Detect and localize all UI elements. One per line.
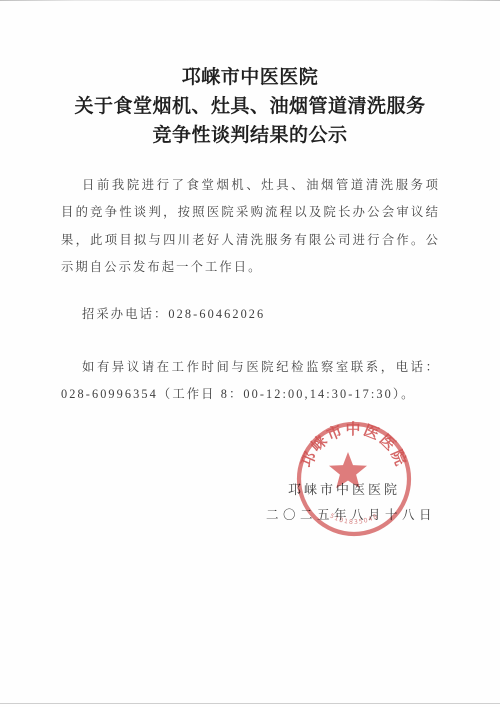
svg-text:5101835048: 5101835048 xyxy=(328,513,379,526)
seal-code: 5101835048 xyxy=(328,513,379,526)
procurement-phone-line: 招采办电话：028-60462026 xyxy=(61,301,440,328)
svg-text:邛崃市中医医院: 邛崃市中医医院 xyxy=(298,421,410,470)
title-line-2: 关于食堂烟机、灶具、油烟管道清洗服务 xyxy=(0,92,500,121)
official-seal-icon: 邛崃市中医医院 5101835048 xyxy=(289,413,419,543)
scan-edge-bottom xyxy=(0,703,500,704)
document-page: 邛崃市中医医院 关于食堂烟机、灶具、油烟管道清洗服务 竞争性谈判结果的公示 日前… xyxy=(0,0,500,707)
scan-edge-top xyxy=(0,0,500,1)
seal-arc-text: 邛崃市中医医院 xyxy=(298,421,410,470)
document-title: 邛崃市中医医院 关于食堂烟机、灶具、油烟管道清洗服务 竞争性谈判结果的公示 xyxy=(0,63,500,150)
objection-paragraph: 如有异议请在工作时间与医院纪检监察室联系，电话：028-60996354（工作日… xyxy=(61,354,440,409)
title-line-3: 竞争性谈判结果的公示 xyxy=(0,121,500,150)
seal-star-icon xyxy=(329,452,367,488)
title-line-1: 邛崃市中医医院 xyxy=(0,63,500,92)
body-paragraph: 日前我院进行了食堂烟机、灶具、油烟管道清洗服务项目的竞争性谈判，按照医院采购流程… xyxy=(61,172,440,282)
